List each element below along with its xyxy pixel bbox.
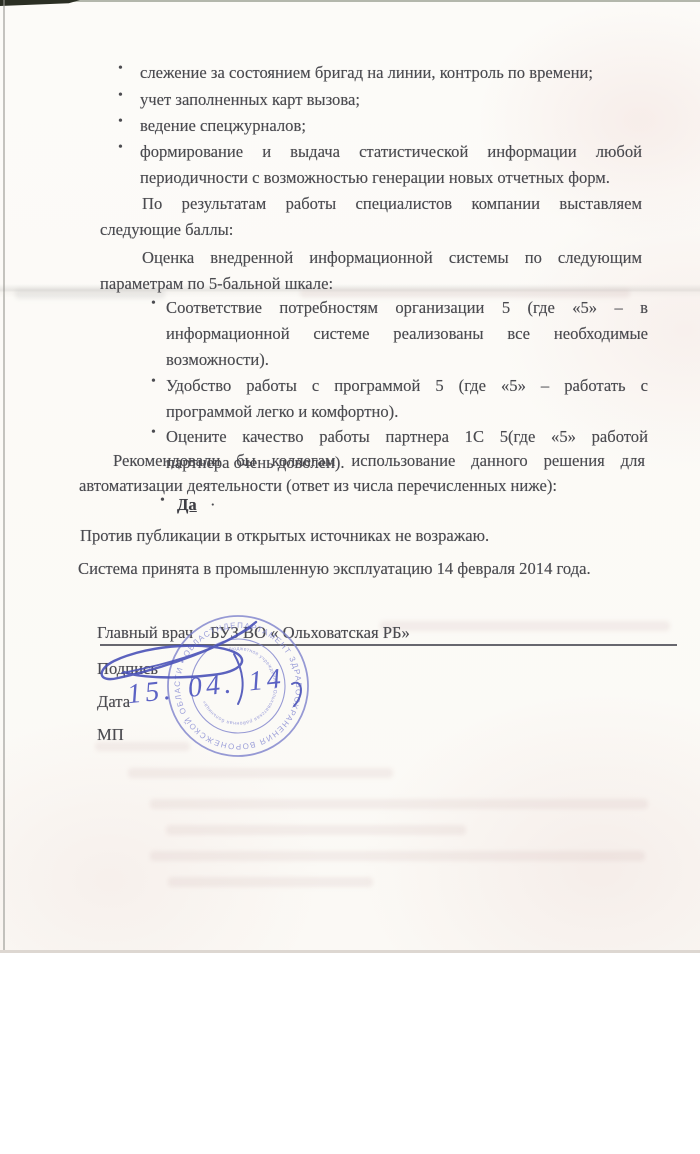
paragraph-recommend-line1: Рекомендовали бы коллегам использование … xyxy=(113,448,645,474)
bleedthrough-artifact xyxy=(168,877,373,887)
bullet-icon: • xyxy=(118,114,123,130)
paragraph-acceptance: Система принята в промышленную эксплуата… xyxy=(78,556,591,582)
list-item: • формирование и выдача статистической и… xyxy=(140,139,642,191)
bullet-icon: • xyxy=(151,425,156,441)
bullet-icon: • xyxy=(118,61,123,77)
scan-bottom-edge-artifact xyxy=(0,950,700,953)
scan-top-edge-artifact xyxy=(0,0,700,2)
list-item: • Соответствие потребностям организации … xyxy=(166,295,648,373)
paragraph-publication: Против публикации в открытых источниках … xyxy=(80,523,489,549)
text-line: Оцените качество работы партнера 1С 5(гд… xyxy=(166,424,648,450)
list-item: • ведение спецжурналов; xyxy=(140,113,642,139)
paragraph-rating-line1: Оценка внедренной информационной системы… xyxy=(142,245,642,271)
bullet-icon: • xyxy=(118,88,123,104)
answer-trailing-dot: · xyxy=(210,492,216,518)
scanned-page: • слежение за состоянием бригад на линии… xyxy=(0,0,700,953)
text-line: информационной системе реализованы все н… xyxy=(166,321,648,347)
bleedthrough-artifact xyxy=(128,768,393,778)
list-item: • Удобство работы с программой 5 (где «5… xyxy=(166,373,648,425)
text-line: формирование и выдача статистической инф… xyxy=(140,139,642,165)
scanner-background xyxy=(0,953,700,1154)
answer-yes: Да xyxy=(177,492,197,518)
paragraph-rating-line2: параметрам по 5-бальной шкале: xyxy=(100,271,333,297)
bleedthrough-artifact xyxy=(150,799,648,809)
list-item: • учет заполненных карт вызова; xyxy=(140,87,642,113)
text-line: периодичности с возможностью генерации н… xyxy=(140,165,642,191)
bleedthrough-artifact xyxy=(150,851,645,861)
paragraph-results-line2: следующие баллы: xyxy=(100,217,233,243)
handwritten-signature xyxy=(80,606,320,726)
text-line: Удобство работы с программой 5 (где «5» … xyxy=(166,373,648,399)
text-line: Соответствие потребностям организации 5 … xyxy=(166,295,648,321)
text-line: программой легко и комфортно). xyxy=(166,399,648,425)
bullet-icon: • xyxy=(151,374,156,390)
paragraph-recommend-line2: автоматизации деятельности (ответ из чис… xyxy=(79,473,557,499)
bullet-icon: • xyxy=(118,140,123,156)
text-line: ведение спецжурналов; xyxy=(140,113,642,139)
bleedthrough-artifact xyxy=(166,825,466,835)
scan-corner-artifact xyxy=(0,0,80,6)
bullet-icon: • xyxy=(151,296,156,312)
paragraph-results-line1: По результатам работы специалистов компа… xyxy=(142,191,642,217)
text-line: возможности). xyxy=(166,347,648,373)
bullet-icon: • xyxy=(160,493,165,509)
text-line: слежение за состоянием бригад на линии, … xyxy=(140,60,642,86)
list-item: • слежение за состоянием бригад на линии… xyxy=(140,60,642,86)
scan-left-edge-artifact xyxy=(3,0,5,953)
text-line: учет заполненных карт вызова; xyxy=(140,87,642,113)
bleedthrough-artifact xyxy=(380,621,670,631)
